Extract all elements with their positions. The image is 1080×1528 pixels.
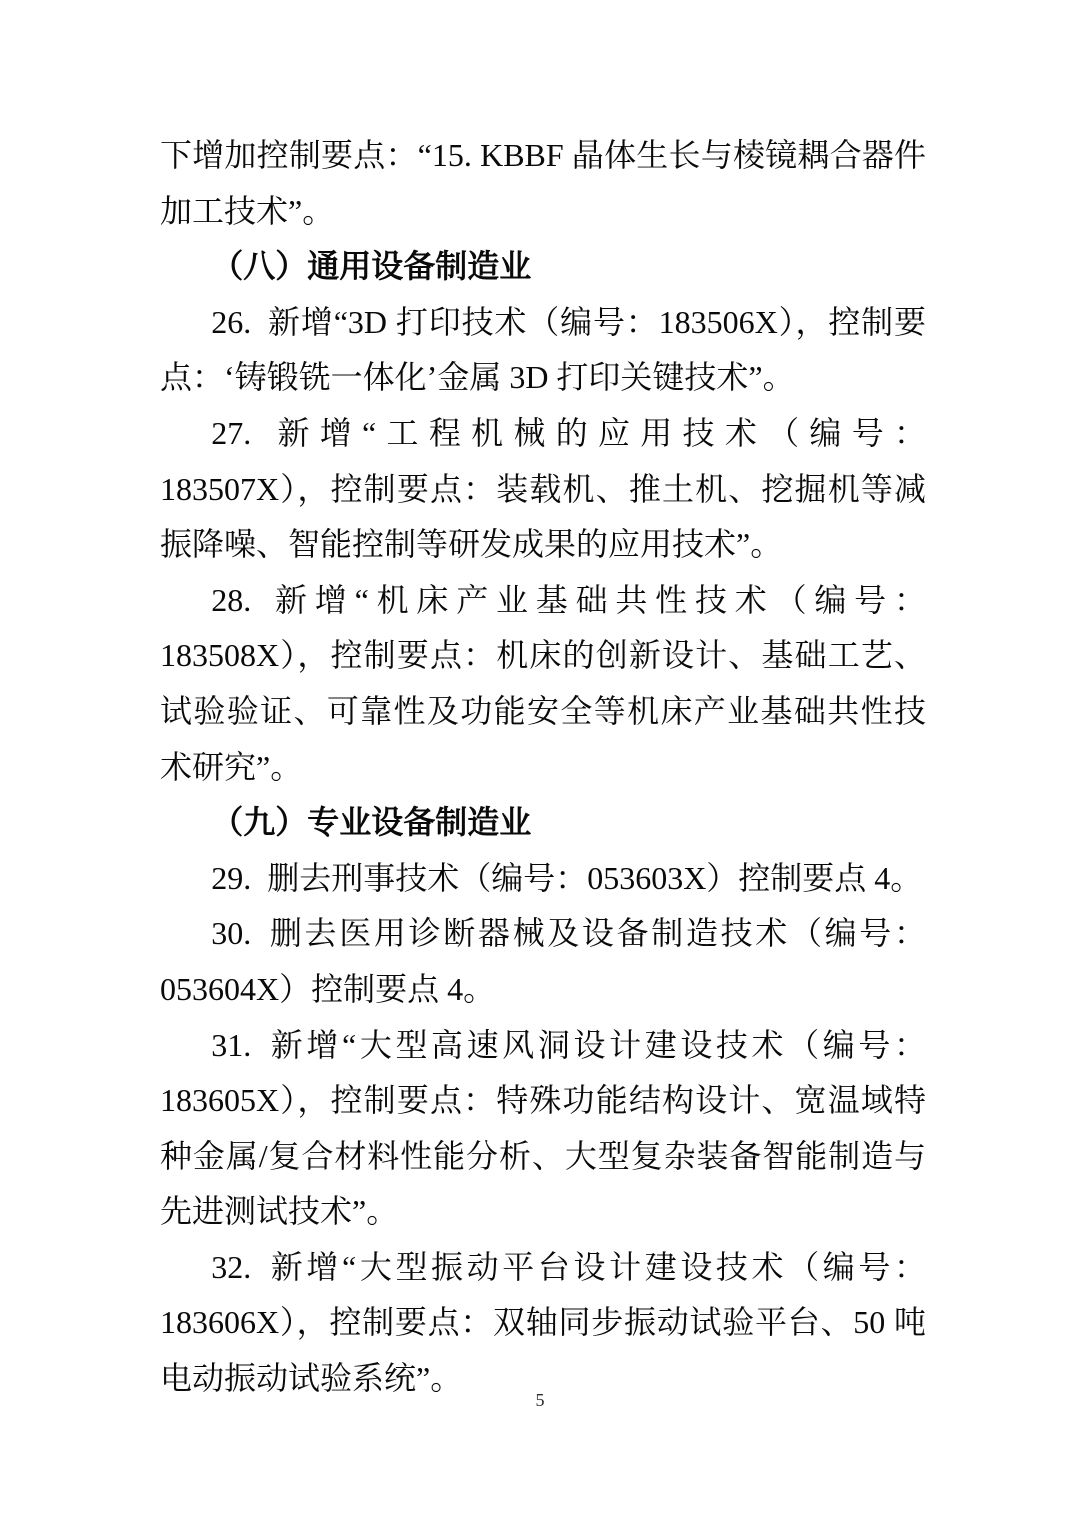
page-number: 5	[0, 1390, 1080, 1411]
paragraph: 28. 新增“机床产业基础共性技术（编号：183508X），控制要点：机床的创新…	[160, 573, 926, 795]
document-page: 下增加控制要点：“15. KBBF 晶体生长与棱镜耦合器件加工技术”。（八）通用…	[0, 0, 1080, 1528]
section-heading: （八）通用设备制造业	[160, 239, 926, 295]
paragraph: 31. 新增“大型高速风洞设计建设技术（编号：183605X），控制要点：特殊功…	[160, 1018, 926, 1240]
paragraph: 32. 新增“大型振动平台设计建设技术（编号：183606X），控制要点：双轴同…	[160, 1240, 926, 1407]
paragraph: 29. 删去刑事技术（编号：053603X）控制要点 4。	[160, 851, 926, 907]
paragraph: 下增加控制要点：“15. KBBF 晶体生长与棱镜耦合器件加工技术”。	[160, 128, 926, 239]
paragraph: 26. 新增“3D 打印技术（编号：183506X），控制要点：‘铸锻铣一体化’…	[160, 295, 926, 406]
paragraph: 30. 删去医用诊断器械及设备制造技术（编号：053604X）控制要点 4。	[160, 906, 926, 1017]
section-heading: （九）专业设备制造业	[160, 795, 926, 851]
document-body: 下增加控制要点：“15. KBBF 晶体生长与棱镜耦合器件加工技术”。（八）通用…	[160, 128, 926, 1407]
paragraph: 27. 新增“工程机械的应用技术（编号：183507X），控制要点：装载机、推土…	[160, 406, 926, 573]
